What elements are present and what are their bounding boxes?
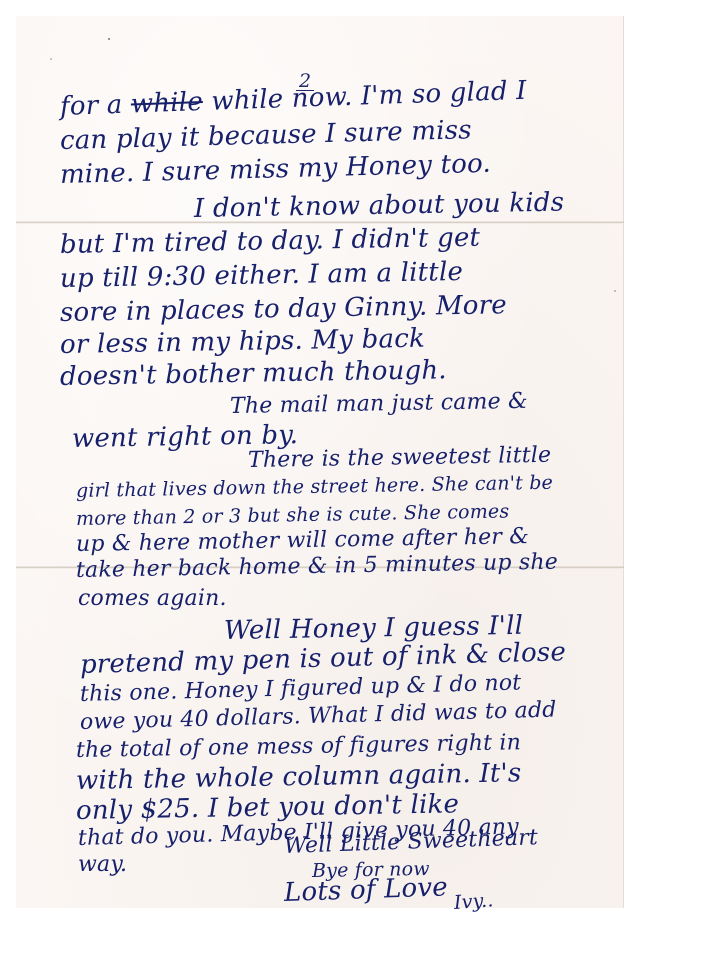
paper-speck [614,290,616,292]
letter-line: but I'm tired to day. I didn't get [60,223,481,260]
letter-line: or less in my hips. My back [60,324,425,360]
letter-line: girl that lives down the street here. Sh… [76,472,553,502]
letter-line: The mail man just came & [230,389,528,419]
struck-word: while [130,87,203,119]
closing-line: Lots of Love [283,872,448,908]
letter-line: way. [78,852,127,877]
line-text: for a [59,90,131,122]
line-text: while now. I'm so glad I [202,76,527,117]
letter-line: I don't know about you kids [194,188,565,224]
letter-line: doesn't bother much though. [60,355,447,392]
letter-line: There is the sweetest little [248,443,552,473]
letter-line: sore in places to day Ginny. More [60,290,507,328]
letter-line: the total of one mess of figures right i… [76,730,521,763]
letter-page: 2 for a while while now. I'm so glad I c… [16,16,624,908]
signature: Ivy.. [453,889,494,914]
letter-line: comes again. [78,586,227,611]
paper-speck [50,58,52,60]
paper-speck [108,38,110,40]
letter-line: mine. I sure miss my Honey too. [60,149,492,190]
letter-line: up till 9:30 either. I am a little [60,257,464,294]
